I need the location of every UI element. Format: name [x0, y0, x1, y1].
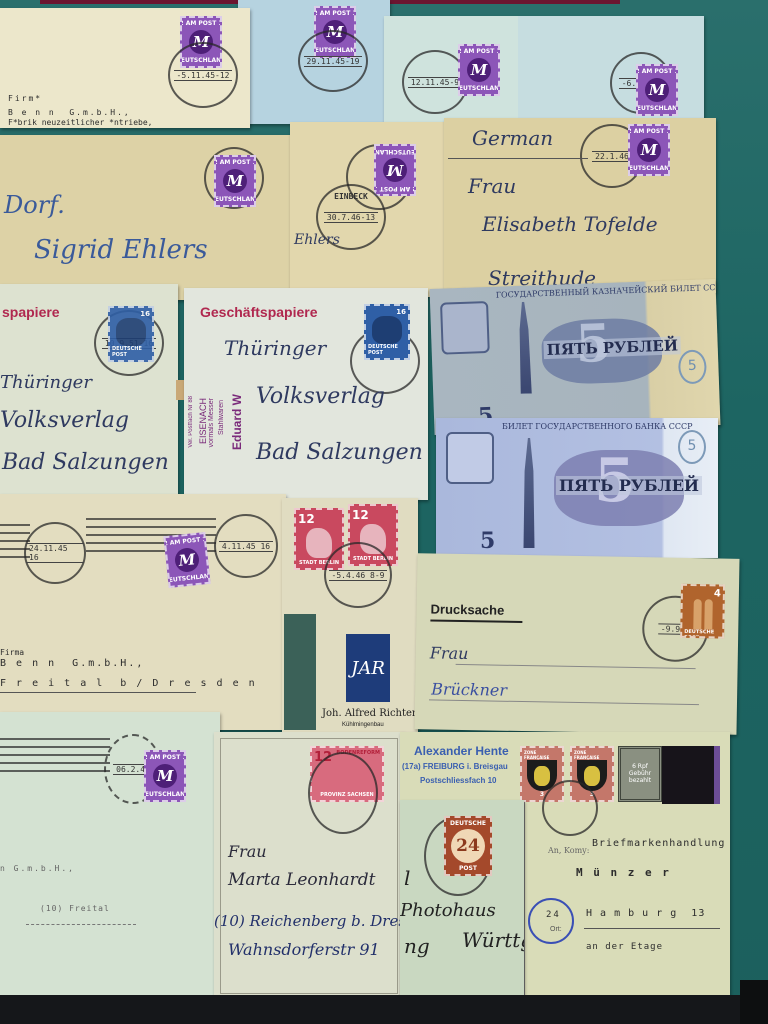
am-post-stamp: 12 AM POST 12MDEUTSCHLAND — [163, 532, 210, 588]
cover-eisenach-right: Geschäftspapiere 16DEUTSCHE POST Thüring… — [184, 288, 428, 500]
handwritten-line: Volksverlag — [0, 408, 129, 433]
typed-address-line: B e n n G.m.b.H., — [0, 658, 144, 669]
cover-einbeck: 12 AM POST 12MDEUTSCHLAND EINBECK30.7.46… — [290, 122, 448, 297]
handwritten-line: Bad Salzungen — [256, 440, 423, 465]
cover-leonhardt: 12BODENREFORM PROVINZ SACHSEN Frau Marta… — [214, 732, 404, 1000]
envelope-window — [284, 614, 316, 730]
cover-blue: 12 AM POST 12MDEUTSCHLAND 29.11.45-19 — [238, 0, 390, 124]
handwritten-line: Marta Leonhardt — [228, 870, 376, 890]
address-line — [456, 664, 696, 669]
handwritten-line: Württg — [462, 928, 524, 952]
handwritten-line: (10) Reichenberg b. Dresden — [214, 912, 404, 930]
banknote-title: ПЯТЬ РУБЛЕЙ — [556, 476, 702, 495]
typed-address-line: Firm* — [8, 94, 42, 103]
handwritten-line: German — [472, 126, 553, 150]
handwritten-line: Frau — [468, 174, 516, 198]
card-divider — [524, 802, 525, 998]
am-post-stamp: 12 AM POST 12MDEUTSCHLAND — [214, 155, 256, 207]
machine-cancel-lines — [0, 738, 110, 778]
address-line — [584, 928, 720, 929]
sender-box: Postschliessfach 10 — [420, 776, 496, 785]
cover-header: spapiere — [2, 304, 60, 320]
kremlin-tower-icon — [518, 438, 540, 548]
blue-portrait-stamp: 16DEUTSCHE POST — [364, 304, 410, 360]
handwritten-line: Sigrid Ehlers — [34, 235, 208, 265]
kremlin-tower-icon — [512, 301, 537, 394]
postmark-hannover: 4.11.45 16 — [214, 514, 278, 578]
handwritten-line: Wahnsdorferstr 91 — [228, 940, 380, 959]
cover-drucksache: Drucksache -9.9.5 4DEUTSCHE POST Frau Br… — [414, 553, 739, 735]
handwritten-line: Volksverlag — [256, 384, 385, 409]
typed-address-line: F r e i t a l b / D r e s d e n — [0, 678, 257, 689]
typed-address-line: n G.m.b.H., — [0, 864, 75, 873]
am-post-stamp: 12 AM POST 12MDEUTSCHLAND — [636, 64, 678, 116]
typed-address-line: M ü n z e r — [576, 866, 671, 879]
soviet-emblem-icon — [440, 301, 490, 355]
postmark — [542, 780, 598, 836]
watermark-5: 5 — [678, 430, 706, 464]
sender-name: Joh. Alfred Richter — [322, 708, 417, 719]
bear-icon — [306, 528, 332, 558]
table-edge-shadow — [0, 995, 768, 1024]
typed-address-line: Briefmarkenhandlung — [592, 838, 725, 849]
blackened-stamp — [662, 746, 720, 804]
drucksache-label: Drucksache — [430, 601, 504, 617]
typed-address-line: Firma — [0, 648, 24, 657]
handwritten-line: Frau — [228, 842, 267, 861]
typed-address-line: an der Etage — [586, 942, 663, 952]
cover-eisenach-left: spapiere 10.9.51-16 16DEUTSCHE POST Thür… — [0, 284, 178, 499]
am-post-stamp: 12 AM POST 12MDEUTSCHLAND — [374, 144, 416, 196]
fee-paid-stamp: 6 RpfGebühr bezahlt — [618, 746, 662, 802]
handwritten-line: Photohaus — [400, 900, 496, 921]
handwritten-line: Bad Salzungen — [2, 450, 169, 475]
postal-zone: 24 — [546, 910, 561, 920]
cover-urbach: DEUTSCHE24POST l Photohaus ng Württg — [400, 800, 524, 1000]
typed-address-line: H a m b u r g 13 — [586, 908, 705, 919]
zone-label: Ort: — [550, 926, 562, 933]
cover-benn-freital-top: 12 AM POST 12MDEUTSCHLAND -5.11.45-12 Fi… — [0, 8, 250, 128]
numeral-24-stamp: DEUTSCHE24POST — [444, 816, 492, 876]
banknote-5-rubles: ГОСУДАРСТВЕННЫЙ КАЗНАЧЕЙСКИЙ БИЛЕТ СССР … — [430, 279, 721, 435]
am-post-stamp: 12 AM POST 12MDEUTSCHLAND — [628, 124, 670, 176]
sender-city: (17a) FREIBURG i. Breisgau — [402, 762, 508, 771]
jar-logo: JAR — [346, 634, 390, 702]
sender-subtitle: Kühlmingenbau — [342, 722, 384, 728]
address-prefix: An, Komy: — [548, 846, 589, 855]
address-line — [429, 699, 699, 705]
handwritten-line: Frau — [430, 643, 469, 663]
postmark-neukoelln: -5.4.46 8-9 — [324, 542, 392, 608]
blue-portrait-stamp: 16DEUTSCHE POST — [108, 306, 154, 362]
handwritten-line: Brückner — [431, 679, 507, 699]
sender-name: Alexander Hente — [414, 744, 509, 758]
cover-troisdorf-geldern: 12.11.45-9 12 AM POST 12MDEUTSCHLAND -6.… — [384, 16, 704, 122]
cover-freital-bottom: 06.2.46 12 AM POST 12MDEUTSCHLAND n G.m.… — [0, 712, 220, 1002]
typed-address-line: (10) Freital — [40, 904, 110, 913]
handwritten-line: Thüringer — [0, 372, 92, 393]
frauenkirche-stamp: 4DEUTSCHE POST — [680, 584, 725, 639]
underline — [0, 692, 196, 693]
banknote-5-rubles: БИЛЕТ ГОСУДАРСТВЕННОГО БАНКА СССР 5 ПЯТЬ… — [436, 418, 718, 558]
cover-hannover: 24.11.45 16 12 AM POST 12MDEUTSCHLAND 4.… — [0, 494, 286, 730]
sender-stamp-vertical: Eduard W Stahlwaren vormals Messer EISEN… — [190, 394, 246, 494]
cover-header: Geschäftspapiere — [200, 304, 318, 320]
soviet-emblem-icon — [446, 432, 494, 484]
corner-shadow — [740, 980, 768, 1024]
zone-circle — [528, 898, 574, 944]
watermark-5: 5 — [678, 349, 707, 384]
cover-geldern: -6.12.45 12 AM POST 12MDEUTSCHLAND — [518, 16, 704, 122]
cover-ehlers: 12 AM POST 12MDEUTSCHLAND Dorf. Sigrid E… — [0, 135, 298, 300]
postmark: 29.11.45-19 — [298, 30, 368, 92]
postmark — [308, 752, 378, 834]
handwritten-line: Ehlers — [294, 232, 340, 248]
handwritten-line: l — [404, 866, 410, 890]
cover-tofelde: 22.1.46 12 AM POST 12MDEUTSCHLAND German… — [444, 118, 716, 293]
am-post-stamp: 12 AM POST 12MDEUTSCHLAND — [458, 44, 500, 96]
typed-address-line: B e n n G.m.b.H., — [8, 108, 131, 117]
underline — [448, 158, 588, 159]
handwritten-line: Dorf. — [4, 191, 65, 219]
postmark: -5.11.45-12 — [168, 42, 238, 108]
am-post-stamp: 12 AM POST 12MDEUTSCHLAND — [144, 750, 186, 802]
church-towers-icon — [693, 599, 713, 629]
typed-address-line: F*brik neuzeitlicher *ntriebe, — [8, 118, 153, 127]
handwritten-line: Thüringer — [224, 336, 326, 360]
collection-photo: 12 AM POST 12MDEUTSCHLAND 29.11.45-19 12… — [0, 0, 768, 1024]
handwritten-line: Elisabeth Tofelde — [482, 212, 658, 236]
underline — [430, 619, 522, 623]
cover-berlin-bear: 12STADT BERLIN 12STADT BERLIN -5.4.46 8-… — [282, 498, 418, 734]
postmark-hannover: 24.11.45 16 — [24, 522, 86, 584]
handwritten-line: ng — [404, 934, 430, 958]
underline — [26, 924, 136, 926]
